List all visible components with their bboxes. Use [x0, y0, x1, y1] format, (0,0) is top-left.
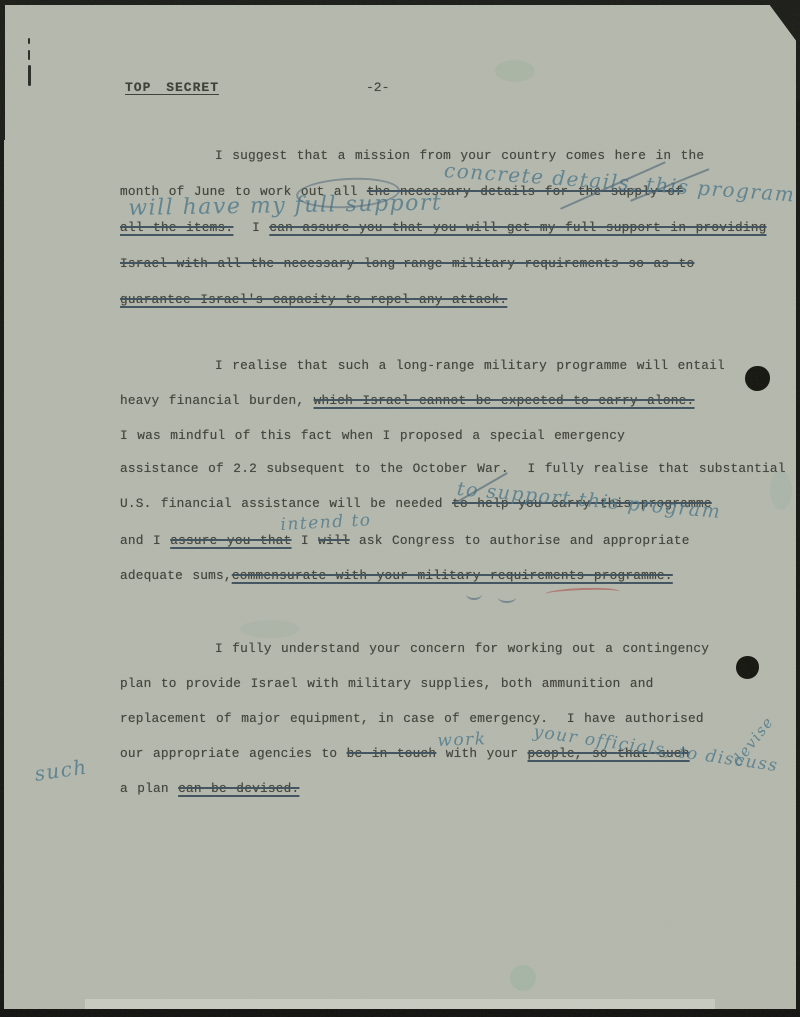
classification-stamp: TOP SECRET: [125, 80, 219, 95]
typed-line: Israel with all the necessary long-range…: [120, 256, 694, 271]
typed-line: heavy financial burden, which Israel can…: [120, 393, 694, 408]
typed-segment: heavy financial burden,: [120, 393, 314, 408]
typed-segment: I was mindful of this fact when I propos…: [120, 428, 625, 443]
typed-segment: assure you that: [170, 533, 291, 548]
scan-edge-bottom: [0, 1009, 800, 1017]
typed-segment: guarantee Israel's capacity to repel any…: [120, 292, 507, 307]
pen-check-mark: [466, 588, 482, 600]
typed-line: I fully understand your concern for work…: [215, 641, 709, 656]
typed-segment: be in touch: [347, 746, 437, 761]
typed-segment: and I: [120, 533, 170, 548]
typed-segment: replacement of major equipment, in case …: [120, 711, 704, 726]
typed-segment: which Israel cannot be expected to carry…: [314, 393, 695, 408]
typed-line: I realise that such a long-range militar…: [215, 358, 725, 373]
typed-line: guarantee Israel's capacity to repel any…: [120, 292, 507, 307]
typed-segment: will: [318, 533, 350, 548]
typed-segment: can assure you that you will get my full…: [269, 220, 766, 235]
typed-segment: I fully understand your concern for work…: [215, 641, 709, 656]
scan-edge-left: [0, 0, 5, 140]
typed-line: I was mindful of this fact when I propos…: [120, 428, 625, 443]
typed-segment: U.S. financial assistance will be needed: [120, 496, 452, 511]
typed-line: adequate sums,commensurate with your mil…: [120, 568, 673, 583]
typed-segment: I: [291, 533, 318, 548]
page-number: -2-: [366, 80, 389, 95]
typed-segment: assistance of 2.2 subsequent to the Octo…: [120, 461, 786, 476]
typed-segment: all the items.: [120, 220, 233, 235]
typed-line: all the items. I can assure you that you…: [120, 220, 767, 235]
typed-segment: plan to provide Israel with military sup…: [120, 676, 654, 691]
pen-check-mark: [498, 592, 516, 603]
scan-corner-top-right: [766, 0, 800, 46]
typed-line: assistance of 2.2 subsequent to the Octo…: [120, 461, 786, 476]
typed-segment: a plan: [120, 781, 178, 796]
typed-segment: ask Congress to authorise and appropriat…: [350, 533, 690, 548]
paper-bottom-band: [85, 999, 715, 1009]
typed-segment: I: [233, 220, 269, 235]
typed-line: plan to provide Israel with military sup…: [120, 676, 654, 691]
typed-segment: commensurate with your military requirem…: [232, 568, 673, 583]
scan-edge-top: [0, 0, 800, 5]
typed-segment: adequate sums,: [120, 568, 232, 583]
typed-segment: our appropriate agencies to: [120, 746, 347, 761]
typed-line: replacement of major equipment, in case …: [120, 711, 704, 726]
scan-edge-right: [796, 0, 800, 100]
handwritten-annotation: work: [437, 729, 487, 751]
typed-line: a plan can be devised.: [120, 781, 299, 796]
typed-line: and I assure you that I will ask Congres…: [120, 533, 690, 548]
punch-hole: [745, 366, 770, 391]
typed-segment: can be devised.: [178, 781, 299, 796]
staple-mark: [27, 38, 31, 86]
scanned-document-page: TOP SECRET -2- I suggest that a mission …: [0, 0, 800, 1017]
typed-segment: Israel with all the necessary long-range…: [120, 256, 694, 271]
typed-segment: I realise that such a long-range militar…: [215, 358, 725, 373]
punch-hole: [736, 656, 759, 679]
